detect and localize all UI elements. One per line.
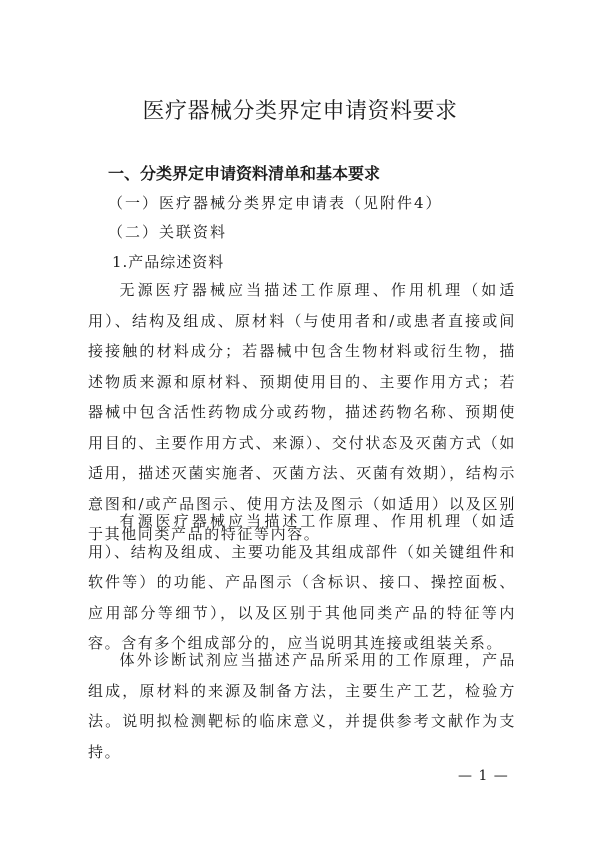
- section-heading: 一、分类界定申请资料清单和基本要求: [108, 162, 380, 186]
- item-heading-1: 1.产品综述资料: [112, 250, 224, 274]
- paragraph-ivd-reagents: 体外诊断试剂应当描述产品所采用的工作原理，产品组成，原材料的来源及制备方法，主要…: [88, 645, 516, 767]
- subsection-heading-1: （一）医疗器械分类界定申请表（见附件4）: [108, 191, 443, 215]
- paragraph-active-devices: 有源医疗器械应当描述工作原理、作用机理（如适用）、结构及组成、主要功能及其组成部…: [88, 506, 516, 659]
- page-number: — 1 —: [458, 768, 509, 784]
- document-title: 医疗器械分类界定申请资料要求: [0, 96, 600, 128]
- subsection-heading-2: （二）关联资料: [108, 220, 227, 244]
